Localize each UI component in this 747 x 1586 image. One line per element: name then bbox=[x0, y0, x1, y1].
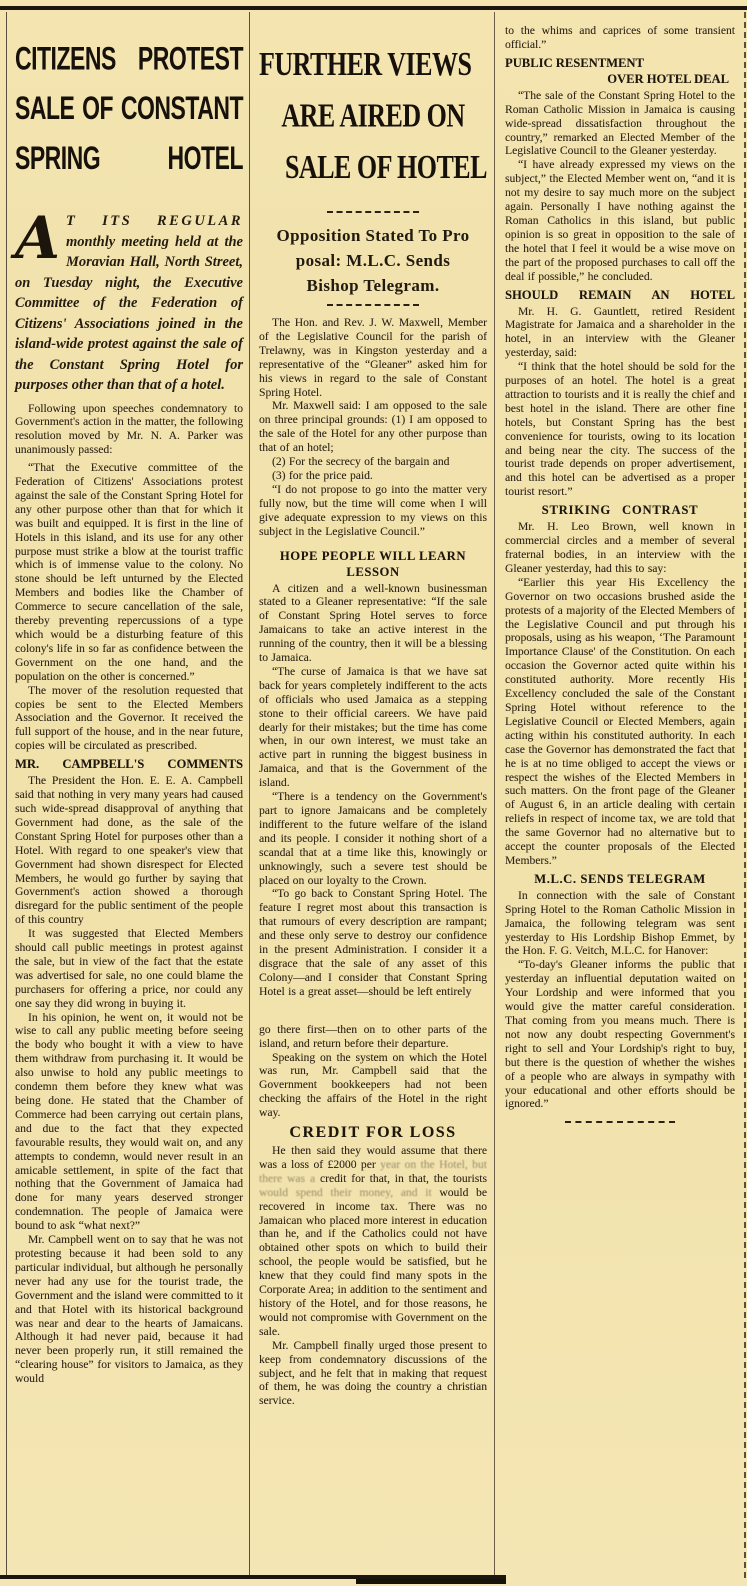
article-paragraph: Mr. Maxwell said: I am opposed to the sa… bbox=[259, 399, 487, 455]
headline-citizens-protest: CITIZENS PROTEST SALE OF CONSTANT SPRING… bbox=[15, 34, 243, 183]
deck-line: posal: M.L.C. Sends bbox=[259, 248, 487, 273]
subhead-mlc-telegram: M.L.C. SENDS TELEGRAM bbox=[505, 871, 735, 887]
article-paragraph: “I think that the hotel should be sold f… bbox=[505, 360, 735, 499]
article-paragraph: A citizen and a well-known businessman s… bbox=[259, 582, 487, 665]
headline-line: SALE OF CONSTANT bbox=[15, 84, 243, 134]
paragraph-segment: credit for that, in that, the tourists bbox=[320, 1172, 487, 1185]
subhead-line: PUBLIC RESENTMENT bbox=[505, 55, 735, 71]
article-paragraph: It was suggested that Elected Members sh… bbox=[15, 927, 243, 1010]
article-paragraph: Mr. Campbell went on to say that he was … bbox=[15, 1233, 243, 1386]
headline-line: FURTHER VIEWS bbox=[259, 38, 487, 89]
article-columns: CITIZENS PROTEST SALE OF CONSTANT SPRING… bbox=[0, 12, 747, 1578]
faded-print-segment: would spend their money, and it bbox=[259, 1186, 432, 1199]
drop-cap: A bbox=[15, 211, 66, 269]
article-paragraph: “I have already expressed my views on th… bbox=[505, 158, 735, 283]
article-paragraph: to the whims and caprices of some transi… bbox=[505, 24, 735, 52]
lead-paragraph: AT ITS REGULAR monthly meeting held at t… bbox=[15, 211, 243, 396]
article-paragraph: In connection with the sale of Constant … bbox=[505, 889, 735, 959]
deck-subheadline: Opposition Stated To Pro posal: M.L.C. S… bbox=[259, 223, 487, 298]
dropped-line-gap bbox=[259, 999, 487, 1023]
article-column-2: FURTHER VIEWS ARE AIRED ON SALE OF HOTEL… bbox=[250, 12, 495, 1578]
subhead-public-resentment: PUBLIC RESENTMENT OVER HOTEL DEAL bbox=[505, 55, 735, 87]
headline-line: SALE OF HOTEL bbox=[259, 141, 487, 192]
end-of-article-divider bbox=[565, 1121, 675, 1123]
subhead-hope-people: HOPE PEOPLE WILL LEARN LESSON bbox=[259, 548, 487, 580]
article-paragraph: “The sale of the Constant Spring Hotel t… bbox=[505, 89, 735, 159]
article-paragraph: “That the Executive committee of the Fed… bbox=[15, 461, 243, 684]
article-paragraph: The President the Hon. E. E. A. Campbell… bbox=[15, 774, 243, 927]
deck-line: Opposition Stated To Pro bbox=[259, 223, 487, 248]
subhead-line: OVER HOTEL DEAL bbox=[505, 71, 735, 87]
article-paragraph: Mr. H. G. Gauntlett, retired Resident Ma… bbox=[505, 305, 735, 361]
article-paragraph: “To-day's Gleaner informs the public tha… bbox=[505, 958, 735, 1111]
article-paragraph: “Earlier this year His Excellency the Go… bbox=[505, 576, 735, 868]
divider bbox=[327, 211, 419, 213]
headline-further-views: FURTHER VIEWS ARE AIRED ON SALE OF HOTEL bbox=[259, 38, 487, 192]
article-paragraph: “To go back to Constant Spring Hotel. Th… bbox=[259, 887, 487, 998]
article-paragraph: (2) For the secrecy of the bargain and bbox=[259, 455, 487, 469]
subhead-should-remain: SHOULD REMAIN AN HOTEL bbox=[505, 287, 735, 303]
article-paragraph: Mr. Campbell finally urged those present… bbox=[259, 1339, 487, 1409]
article-paragraph: “There is a tendency on the Government's… bbox=[259, 790, 487, 887]
headline-line: CITIZENS PROTEST bbox=[15, 34, 243, 84]
divider bbox=[327, 304, 419, 306]
page-bottom-rule-heavy bbox=[356, 1579, 506, 1584]
article-paragraph: go there first—then on to other parts of… bbox=[259, 1023, 487, 1051]
article-column-3: to the whims and caprices of some transi… bbox=[495, 12, 746, 1578]
article-paragraph: Mr. H. Leo Brown, well known in commerci… bbox=[505, 520, 735, 576]
subhead-striking-contrast: STRIKING CONTRAST bbox=[505, 502, 735, 518]
subhead-campbell-comments: MR. CAMPBELL'S COMMENTS bbox=[15, 756, 243, 772]
article-paragraph: He then said they would assume that ther… bbox=[259, 1144, 487, 1339]
page-top-rule bbox=[0, 6, 747, 10]
article-paragraph: (3) for the price paid. bbox=[259, 469, 487, 483]
subhead-line: LESSON bbox=[259, 564, 487, 580]
headline-line: SPRING HOTEL bbox=[15, 133, 243, 183]
article-paragraph: Following upon speeches condemnatory to … bbox=[15, 402, 243, 458]
deck-line: Bishop Telegram. bbox=[259, 273, 487, 298]
article-paragraph: The mover of the resolution requested th… bbox=[15, 684, 243, 754]
lead-small-caps: T ITS REGULAR bbox=[66, 213, 243, 229]
article-paragraph: Speaking on the system on which the Hote… bbox=[259, 1051, 487, 1121]
article-paragraph: In his opinion, he went on, it would not… bbox=[15, 1011, 243, 1234]
subhead-credit-for-loss: CREDIT FOR LOSS bbox=[259, 1125, 487, 1141]
paragraph-segment: would be recovered in income tax. There … bbox=[259, 1186, 487, 1338]
newspaper-page: CITIZENS PROTEST SALE OF CONSTANT SPRING… bbox=[0, 0, 747, 1586]
article-paragraph: The Hon. and Rev. J. W. Maxwell, Member … bbox=[259, 316, 487, 399]
article-paragraph: “The curse of Jamaica is that we have sa… bbox=[259, 665, 487, 790]
article-paragraph: “I do not propose to go into the matter … bbox=[259, 483, 487, 539]
headline-line: ARE AIRED ON bbox=[259, 89, 487, 140]
subhead-line: HOPE PEOPLE WILL LEARN bbox=[259, 548, 487, 564]
article-column-1: CITIZENS PROTEST SALE OF CONSTANT SPRING… bbox=[6, 12, 250, 1578]
